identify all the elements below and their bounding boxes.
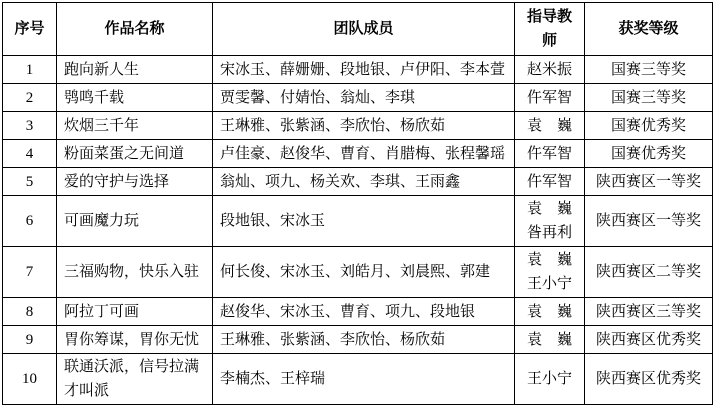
cell-no: 10 <box>3 354 57 405</box>
cell-advisor: 袁 巍 王小宁 <box>515 247 585 298</box>
table-row: 9 胃你筹谋，胃你无忧 王琳雅、张紫涵、李欣怡、杨欣茹 袁 巍 陕西赛区优秀奖 <box>3 326 713 354</box>
cell-no: 1 <box>3 56 57 84</box>
cell-award: 国赛优秀奖 <box>585 112 713 140</box>
table-row: 4 粉面菜蛋之无间道 卢佳豪、赵俊华、曹育、肖腊梅、张程馨瑶 仵军智 国赛优秀奖 <box>3 140 713 168</box>
cell-title: 胃你筹谋，胃你无忧 <box>57 326 213 354</box>
header-row: 序号 作品名称 团队成员 指导教师 获奖等级 <box>3 3 713 56</box>
cell-advisor: 袁 巍 <box>515 326 585 354</box>
cell-advisor: 仵军智 <box>515 140 585 168</box>
cell-title: 可画魔力玩 <box>57 196 213 247</box>
table-row: 10 联通沃派，信号拉满才叫派 李楠杰、王梓瑞 王小宁 陕西赛区优秀奖 <box>3 354 713 405</box>
cell-award: 陕西赛区三等奖 <box>585 298 713 326</box>
cell-title: 三福购物，快乐入驻 <box>57 247 213 298</box>
cell-advisor: 赵米振 <box>515 56 585 84</box>
column-header-award: 获奖等级 <box>585 3 713 56</box>
cell-no: 7 <box>3 247 57 298</box>
cell-advisor: 仵军智 <box>515 168 585 196</box>
cell-advisor: 王小宁 <box>515 354 585 405</box>
cell-no: 2 <box>3 84 57 112</box>
table-row: 8 阿拉丁可画 赵俊华、宋冰玉、曹育、项九、段地银 袁 巍 陕西赛区三等奖 <box>3 298 713 326</box>
column-header-no: 序号 <box>3 3 57 56</box>
cell-advisor: 袁 巍 <box>515 298 585 326</box>
cell-award: 国赛三等奖 <box>585 56 713 84</box>
cell-title: 联通沃派，信号拉满才叫派 <box>57 354 213 405</box>
cell-members: 宋冰玉、薛姗姗、段地银、卢伊阳、李本萱 <box>213 56 515 84</box>
column-header-title: 作品名称 <box>57 3 213 56</box>
cell-award: 陕西赛区优秀奖 <box>585 326 713 354</box>
cell-members: 李楠杰、王梓瑞 <box>213 354 515 405</box>
column-header-advisor: 指导教师 <box>515 3 585 56</box>
cell-award: 国赛三等奖 <box>585 84 713 112</box>
cell-no: 5 <box>3 168 57 196</box>
cell-award: 陕西赛区一等奖 <box>585 168 713 196</box>
cell-members: 贾雯馨、付婧怡、翁灿、李琪 <box>213 84 515 112</box>
cell-members: 卢佳豪、赵俊华、曹育、肖腊梅、张程馨瑶 <box>213 140 515 168</box>
cell-title: 阿拉丁可画 <box>57 298 213 326</box>
table-row: 1 跑向新人生 宋冰玉、薛姗姗、段地银、卢伊阳、李本萱 赵米振 国赛三等奖 <box>3 56 713 84</box>
document-page: 序号 作品名称 团队成员 指导教师 获奖等级 1 跑向新人生 宋冰玉、薛姗姗、段… <box>0 0 714 406</box>
table-row: 5 爱的守护与选择 翁灿、项九、杨关欢、李琪、王雨鑫 仵军智 陕西赛区一等奖 <box>3 168 713 196</box>
cell-title: 炊烟三千年 <box>57 112 213 140</box>
awards-table: 序号 作品名称 团队成员 指导教师 获奖等级 1 跑向新人生 宋冰玉、薛姗姗、段… <box>2 2 713 405</box>
cell-no: 6 <box>3 196 57 247</box>
cell-award: 陕西赛区优秀奖 <box>585 354 713 405</box>
cell-title: 跑向新人生 <box>57 56 213 84</box>
cell-members: 赵俊华、宋冰玉、曹育、项九、段地银 <box>213 298 515 326</box>
cell-advisor: 袁 巍 <box>515 112 585 140</box>
table-row: 7 三福购物，快乐入驻 何长俊、宋冰玉、刘皓月、刘晨熙、郭建 袁 巍 王小宁 陕… <box>3 247 713 298</box>
table-row: 3 炊烟三千年 王琳雅、张紫涵、李欣怡、杨欣茹 袁 巍 国赛优秀奖 <box>3 112 713 140</box>
cell-title: 粉面菜蛋之无间道 <box>57 140 213 168</box>
table-row: 2 鸮鸣千载 贾雯馨、付婧怡、翁灿、李琪 仵军智 国赛三等奖 <box>3 84 713 112</box>
cell-no: 3 <box>3 112 57 140</box>
cell-advisor: 袁 巍 昝再利 <box>515 196 585 247</box>
column-header-members: 团队成员 <box>213 3 515 56</box>
cell-no: 4 <box>3 140 57 168</box>
cell-members: 王琳雅、张紫涵、李欣怡、杨欣茹 <box>213 326 515 354</box>
cell-award: 陕西赛区一等奖 <box>585 196 713 247</box>
cell-members: 翁灿、项九、杨关欢、李琪、王雨鑫 <box>213 168 515 196</box>
cell-title: 爱的守护与选择 <box>57 168 213 196</box>
cell-award: 陕西赛区二等奖 <box>585 247 713 298</box>
cell-award: 国赛优秀奖 <box>585 140 713 168</box>
cell-members: 段地银、宋冰玉 <box>213 196 515 247</box>
cell-title: 鸮鸣千载 <box>57 84 213 112</box>
cell-members: 何长俊、宋冰玉、刘皓月、刘晨熙、郭建 <box>213 247 515 298</box>
cell-members: 王琳雅、张紫涵、李欣怡、杨欣茹 <box>213 112 515 140</box>
cell-advisor: 仵军智 <box>515 84 585 112</box>
table-row: 6 可画魔力玩 段地银、宋冰玉 袁 巍 昝再利 陕西赛区一等奖 <box>3 196 713 247</box>
cell-no: 9 <box>3 326 57 354</box>
cell-no: 8 <box>3 298 57 326</box>
